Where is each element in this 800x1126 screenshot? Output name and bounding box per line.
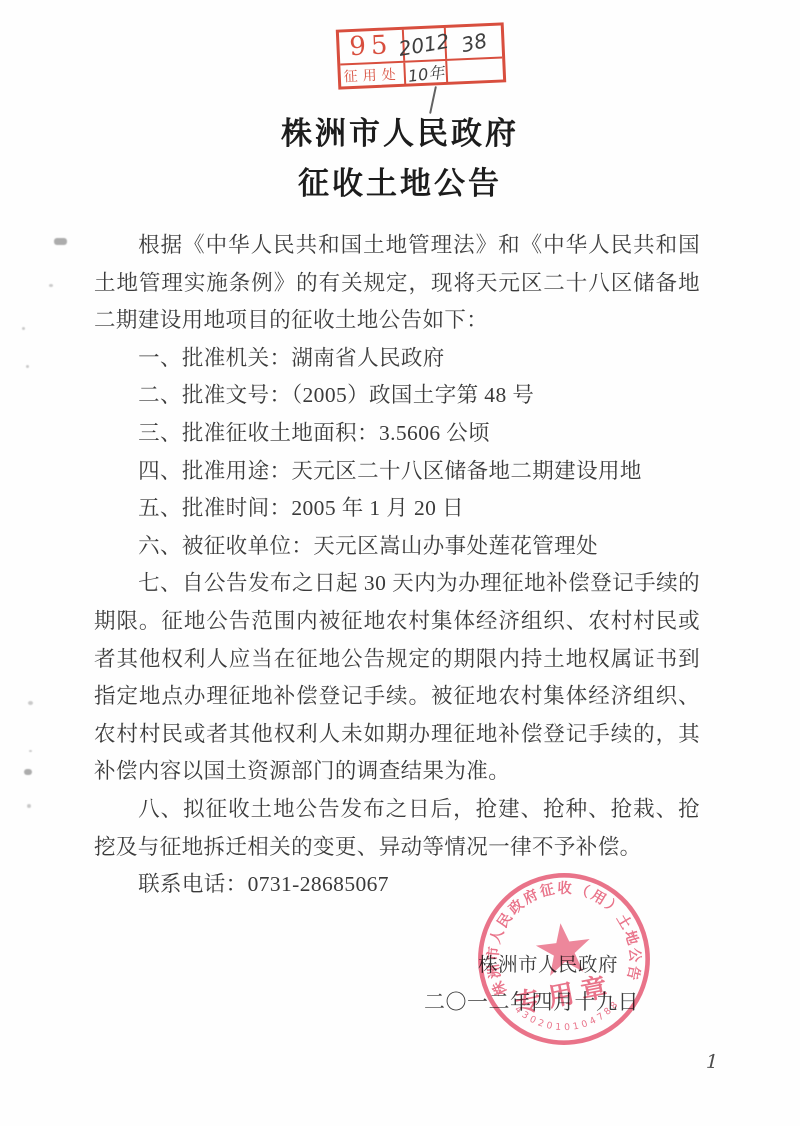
scan-speck bbox=[49, 284, 53, 287]
handwritten-serial: 38 bbox=[459, 28, 489, 57]
registry-doc-number-cell: 95 bbox=[339, 30, 405, 64]
body-item-1: 一、批准机关：湖南省人民政府 bbox=[94, 340, 700, 378]
scan-speck bbox=[22, 327, 25, 330]
scan-speck bbox=[24, 769, 32, 775]
official-seal: 株洲市人民政府征收（用）土地公告 专用章 4302010104788 bbox=[472, 867, 656, 1051]
document-body: 根据《中华人民共和国土地管理法》和《中华人民共和国土地管理实施条例》的有关规定，… bbox=[94, 227, 700, 904]
registry-doc-number: 95 bbox=[349, 30, 393, 62]
registry-stamp: 95 2012 38 征用处 10年 bbox=[336, 22, 506, 89]
body-item-3: 三、批准征收土地面积：3.5606 公顷 bbox=[94, 415, 700, 453]
registry-year-note-cell: 10年 bbox=[405, 61, 448, 85]
intro-paragraph: 根据《中华人民共和国土地管理法》和《中华人民共和国土地管理实施条例》的有关规定，… bbox=[94, 227, 700, 340]
body-item-6: 六、被征收单位：天元区嵩山办事处莲花管理处 bbox=[94, 528, 700, 566]
registry-department-cell: 征用处 bbox=[340, 63, 406, 88]
scan-speck bbox=[27, 804, 31, 808]
document-title-line1: 株洲市人民政府 bbox=[0, 108, 800, 153]
scan-speck bbox=[28, 701, 33, 705]
scan-speck bbox=[26, 365, 29, 368]
registry-empty-cell bbox=[447, 58, 503, 82]
body-item-8: 八、拟征收土地公告发布之日后，抢建、抢种、抢栽、抢挖及与征地拆迁相关的变更、异动… bbox=[94, 791, 700, 866]
registry-serial-cell: 38 bbox=[446, 25, 502, 58]
page-number: 1 bbox=[706, 1051, 719, 1073]
handwritten-year-note: 10年 bbox=[406, 59, 445, 86]
document-title-line2: 征收土地公告 bbox=[0, 158, 800, 203]
star-icon bbox=[534, 920, 594, 977]
registry-department: 征用处 bbox=[343, 64, 401, 86]
body-item-2: 二、批准文号：（2005）政国土字第 48 号 bbox=[94, 377, 700, 415]
body-item-5: 五、批准时间：2005 年 1 月 20 日 bbox=[94, 490, 700, 528]
body-item-4: 四、批准用途：天元区二十八区储备地二期建设用地 bbox=[94, 453, 700, 491]
scan-speck bbox=[29, 750, 32, 752]
document-page: 95 2012 38 征用处 10年 株洲市人民政府 征收土地公告 根据《中华人… bbox=[0, 0, 800, 1126]
scan-speck bbox=[54, 238, 67, 245]
registry-year-cell: 2012 bbox=[404, 28, 447, 61]
handwritten-year: 2012 bbox=[397, 28, 451, 60]
body-item-7: 七、自公告发布之日起 30 天内为办理征地补偿登记手续的期限。征地公告范围内被征… bbox=[94, 565, 700, 791]
